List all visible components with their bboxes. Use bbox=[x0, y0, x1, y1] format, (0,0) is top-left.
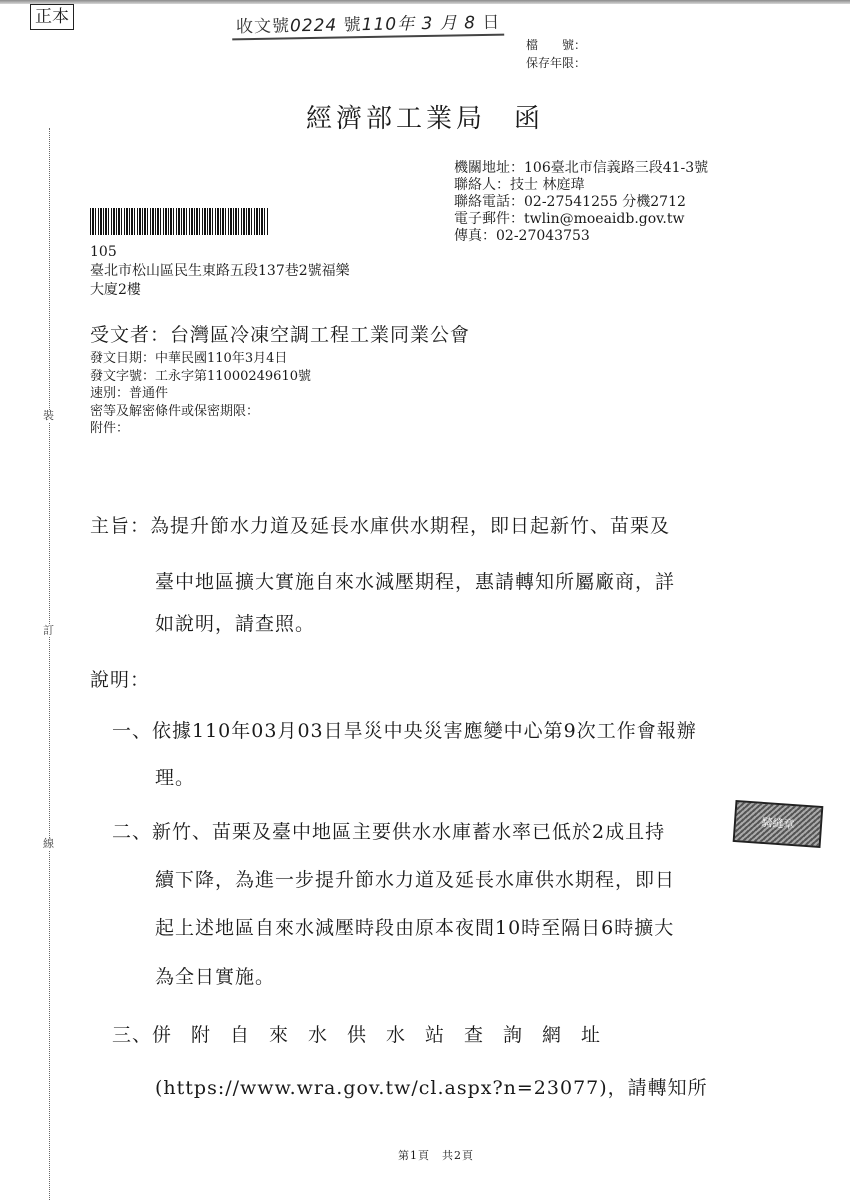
address-line-2: 大廈2樓 bbox=[90, 281, 350, 300]
item-2-line-3: 起上述地區自來水減壓時段由原本夜間10時至隔日6時擴大 bbox=[155, 913, 674, 940]
contact-phone: 聯絡電話：02-27541255 分機2712 bbox=[454, 194, 708, 211]
receipt-date: 110年 3 月 8 bbox=[362, 13, 477, 35]
document-type: 函 bbox=[514, 104, 544, 134]
barcode bbox=[90, 208, 268, 235]
contact-fax: 傳真：02-27043753 bbox=[454, 228, 708, 245]
item-1-line-2: 理。 bbox=[155, 763, 195, 790]
binding-margin-line bbox=[49, 128, 50, 1200]
item-1-line-1: 一、依據110年03月03日旱災中央災害應變中心第9次工作會報辦 bbox=[112, 716, 697, 743]
explanation-heading: 說明： bbox=[90, 665, 150, 692]
subject-line-1: 主旨：為提升節水力道及延長水庫供水期程，即日起新竹、苗栗及 bbox=[90, 511, 670, 538]
recipient: 受文者：台灣區冷凍空調工程工業同業公會 bbox=[90, 320, 470, 347]
subject-line-2: 臺中地區擴大實施自來水減壓期程，惠請轉知所屬廠商，詳 bbox=[155, 567, 675, 594]
recipient-address: 105 臺北市松山區民生東路五段137巷2號福樂 大廈2樓 bbox=[90, 243, 350, 300]
contact-email[interactable]: 電子郵件：twlin@moeaidb.gov.tw bbox=[454, 211, 708, 228]
item-3-line-1: 三、併附自來水供水站查詢網址 bbox=[112, 1020, 620, 1047]
priority: 速別：普通件 bbox=[90, 385, 311, 403]
contact-block: 機關地址：106臺北市信義路三段41-3號 聯絡人：技士 林庭瑋 聯絡電話：02… bbox=[454, 160, 708, 245]
item-3-prefix: 三、 bbox=[112, 1024, 152, 1046]
binding-mark-xian: 線 bbox=[43, 838, 54, 850]
issue-date: 發文日期：中華民國110年3月4日 bbox=[90, 350, 311, 368]
item-2-line-2: 續下降，為進一步提升節水力道及延長水庫供水期程，即日 bbox=[155, 865, 675, 892]
binding-mark-zhuang: 裝 bbox=[43, 410, 54, 422]
original-copy-stamp: 正本 bbox=[30, 4, 74, 30]
receipt-date-suffix: 日 bbox=[482, 13, 500, 33]
document-number: 發文字號：工永字第11000249610號 bbox=[90, 368, 311, 386]
document-title: 經濟部工業局函 bbox=[306, 98, 544, 135]
item-3-text: 併附自來水供水站查詢網址 bbox=[152, 1024, 620, 1046]
scan-top-edge bbox=[0, 0, 850, 4]
archive-number-label: 檔 號： bbox=[526, 36, 586, 54]
file-meta: 檔 號： 保存年限： bbox=[526, 36, 586, 72]
page-number: 第1頁 共2頁 bbox=[398, 1147, 474, 1163]
document-meta: 發文日期：中華民國110年3月4日 發文字號：工永字第11000249610號 … bbox=[90, 350, 311, 438]
receipt-prefix: 收文號 bbox=[236, 16, 290, 37]
receipt-suffix: 號 bbox=[344, 15, 362, 35]
subject-line-3: 如說明，請查照。 bbox=[155, 609, 315, 636]
seal-stamp: 騎縫章 bbox=[733, 800, 824, 848]
contact-person: 聯絡人：技士 林庭瑋 bbox=[454, 177, 708, 194]
agency-address: 機關地址：106臺北市信義路三段41-3號 bbox=[454, 160, 708, 177]
item-3-line-2-url[interactable]: (https://www.wra.gov.tw/cl.aspx?n=23077)… bbox=[155, 1073, 708, 1100]
attachments: 附件： bbox=[90, 420, 311, 438]
retention-period-label: 保存年限： bbox=[526, 54, 586, 72]
address-line-1: 臺北市松山區民生東路五段137巷2號福樂 bbox=[90, 262, 350, 281]
classification: 密等及解密條件或保密期限： bbox=[90, 403, 311, 421]
item-2-line-4: 為全日實施。 bbox=[155, 962, 275, 989]
receipt-number: 0224 bbox=[290, 16, 338, 37]
agency-name: 經濟部工業局 bbox=[306, 104, 486, 134]
item-2-line-1: 二、新竹、苗栗及臺中地區主要供水水庫蓄水率已低於2成且持 bbox=[112, 817, 665, 844]
binding-mark-ding: 訂 bbox=[43, 625, 54, 637]
postal-code: 105 bbox=[90, 243, 350, 262]
receipt-stamp: 收文號0224 號110年 3 月 8 日 bbox=[232, 8, 505, 41]
